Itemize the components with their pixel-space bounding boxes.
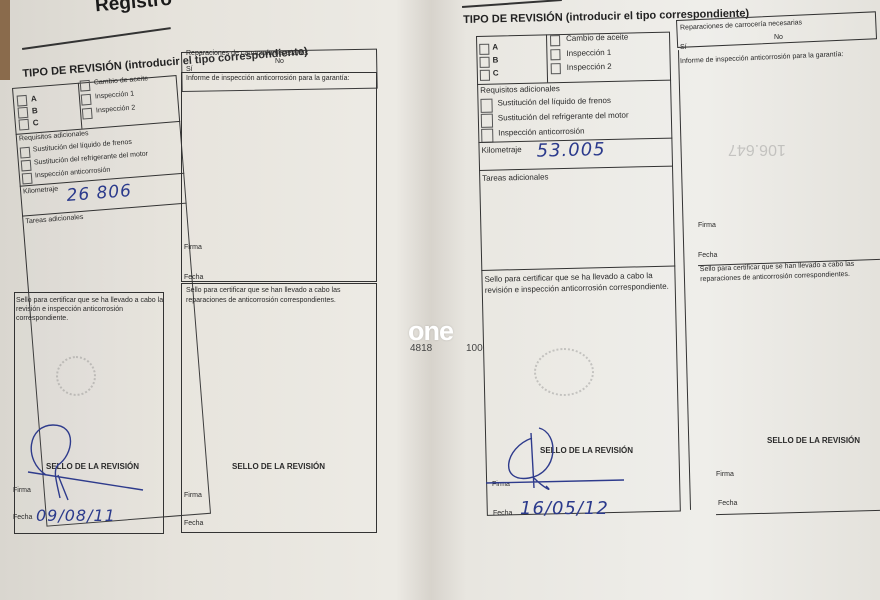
signature-scribble [484, 428, 624, 498]
repairs-signature2-label: Firma [716, 471, 734, 478]
left-page: Registro TIPO DE REVISIÓN (introducir el… [0, 0, 430, 600]
inspection1-checkbox[interactable] [550, 49, 560, 60]
type-c-label: C [32, 118, 38, 127]
repairs-cert-text: Sello para certificar que se han llevado… [186, 286, 374, 306]
type-a-checkbox[interactable] [479, 44, 489, 55]
body-repairs-label: Reparaciones de carrocería necesarias [186, 50, 308, 57]
inspection2-checkbox[interactable] [82, 108, 93, 120]
divider [716, 510, 880, 515]
mileage-value[interactable]: 53.005 [536, 139, 605, 162]
repairs-cert-text: Sello para certificar que se han llevado… [700, 259, 880, 285]
oil-change-checkbox[interactable] [550, 35, 560, 46]
si-option[interactable]: Sí [680, 44, 687, 51]
no-option[interactable]: No [275, 58, 284, 65]
coolant-checkbox[interactable] [481, 114, 493, 128]
date-label: Fecha [493, 510, 512, 517]
repairs-stamp-label: SELLO DE LA REVISIÓN [232, 462, 325, 471]
corrosion-report-box [181, 72, 377, 282]
repairs-signature2-label: Firma [184, 492, 202, 499]
date-value[interactable]: 09/08/11 [36, 506, 116, 525]
anticorrosion-checkbox[interactable] [22, 173, 33, 185]
repairs-stamp-label: SELLO DE LA REVISIÓN [767, 436, 860, 445]
inspection2-checkbox[interactable] [551, 63, 561, 74]
corrosion-report-label: Informe de inspección anticorrosión para… [680, 49, 870, 67]
stamp-certification-text: Sello para certificar que se ha llevado … [484, 270, 674, 296]
type-a-label: A [492, 43, 498, 52]
corrosion-report-label: Informe de inspección anticorrosión para… [186, 74, 371, 84]
oil-change-label: Cambio de aceite [566, 33, 628, 43]
oil-change-checkbox[interactable] [80, 80, 91, 92]
type-a-label: A [31, 94, 37, 103]
faded-stamp [534, 348, 594, 396]
coolant-checkbox[interactable] [21, 160, 32, 172]
type-b-checkbox[interactable] [18, 107, 29, 119]
signature-scribble [18, 420, 148, 500]
additional-requirements-label: Requisitos adicionales [480, 84, 560, 95]
brake-fluid-checkbox[interactable] [480, 99, 492, 113]
repairs-date-label: Fecha [698, 252, 717, 259]
brake-fluid-checkbox[interactable] [20, 147, 31, 159]
type-b-label: B [492, 56, 498, 65]
title-rule [22, 27, 171, 50]
repairs-date-label: Fecha [184, 274, 203, 281]
date-label: Fecha [13, 514, 32, 521]
inspection2-label: Inspección 2 [567, 62, 612, 72]
type-c-checkbox[interactable] [480, 70, 490, 81]
repairs-signature-label: Firma [698, 222, 716, 229]
booklet-cover-edge [0, 0, 10, 80]
repairs-signature-label: Firma [184, 244, 202, 251]
faded-stamp [56, 356, 96, 396]
repairs-date2-label: Fecha [184, 520, 203, 527]
bleed-through-mileage: 106.647 [728, 140, 786, 158]
no-option[interactable]: No [774, 34, 783, 41]
inspection1-label: Inspección 1 [566, 48, 611, 58]
watermark-left-number: 4818 [410, 343, 432, 354]
mileage-label: Kilometraje [481, 145, 521, 155]
type-a-checkbox[interactable] [17, 95, 28, 107]
type-b-label: B [32, 106, 38, 115]
right-page: TIPO DE REVISIÓN (introducir el tipo cor… [440, 0, 880, 600]
repairs-date2-label: Fecha [718, 500, 737, 507]
type-b-checkbox[interactable] [479, 57, 489, 68]
additional-tasks-label: Tareas adicionales [482, 172, 548, 183]
stamp-certification-text: Sello para certificar que se ha llevado … [16, 296, 164, 323]
type-c-checkbox[interactable] [18, 119, 29, 131]
date-value[interactable]: 16/05/12 [520, 498, 609, 519]
type-c-label: C [493, 68, 499, 77]
repairs-stamp-box [181, 283, 377, 533]
top-rule [462, 0, 562, 8]
booklet-title: Registro [94, 0, 173, 17]
inspection1-checkbox[interactable] [81, 94, 92, 106]
